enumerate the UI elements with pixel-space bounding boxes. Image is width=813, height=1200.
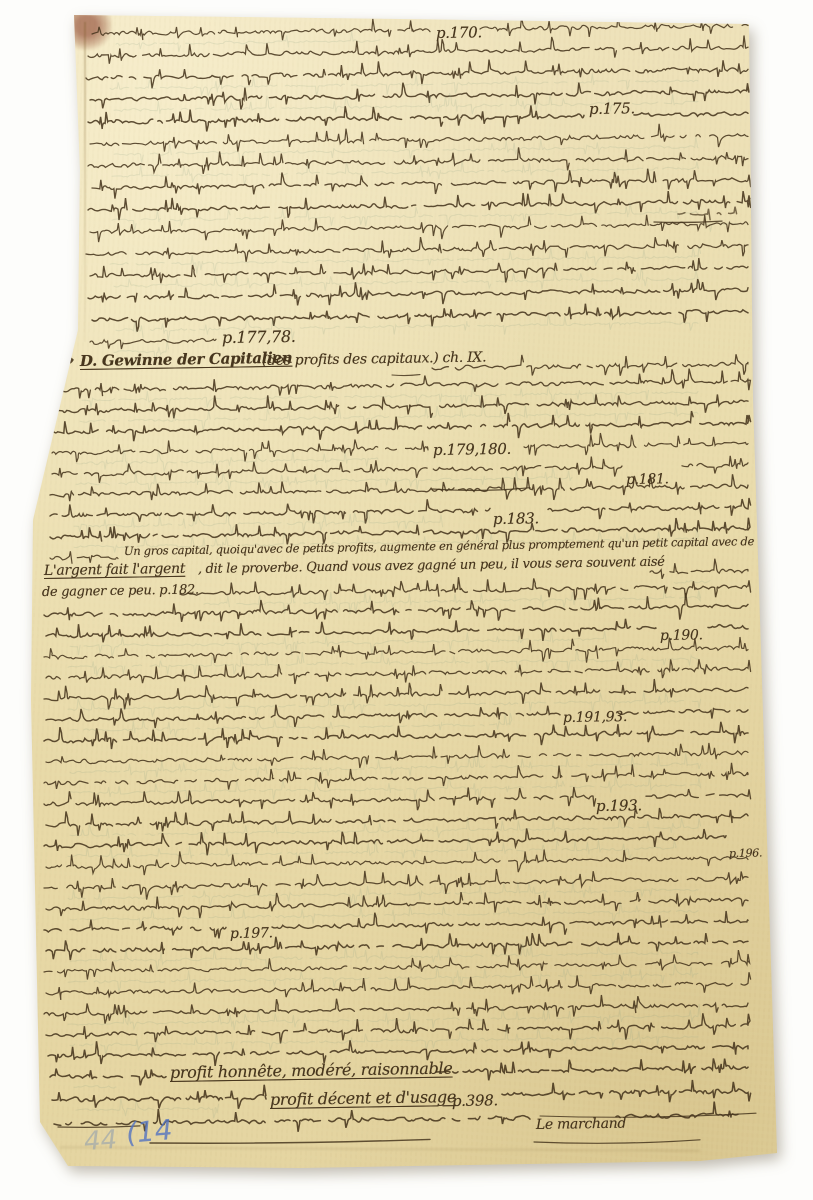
handwriting-fragment-quote-profit-decent: profit décent et d'usage xyxy=(270,1089,456,1108)
handwriting-fragment-quote-argent-end: de gagner ce peu. p.182. xyxy=(42,584,199,599)
handwriting-line xyxy=(110,246,701,274)
handwriting-line xyxy=(44,995,748,1024)
handwriting-line xyxy=(88,147,748,173)
handwriting-line xyxy=(68,691,701,716)
handwriting-line xyxy=(682,456,748,474)
handwriting-fragment-quote-argent-cont: , dit le proverbe. Quand vous avez gagné… xyxy=(198,556,665,576)
handwriting-fragment-quote-gros-capital: Un gros capital, quoiqu'avec de petits p… xyxy=(124,535,813,558)
handwriting-line xyxy=(70,817,701,839)
handwriting-line xyxy=(44,679,748,709)
handwriting-line xyxy=(74,510,443,536)
handwriting-line xyxy=(90,124,748,152)
handwriting-line xyxy=(68,964,698,992)
handwriting-line xyxy=(56,395,748,419)
handwriting-line xyxy=(112,160,698,185)
handwriting-line xyxy=(114,341,169,361)
handwriting-line xyxy=(634,112,748,116)
handwriting-line xyxy=(44,829,726,856)
handwriting-line xyxy=(46,892,748,918)
handwriting-line xyxy=(114,93,698,114)
handwriting-line xyxy=(52,457,622,483)
pencil-mark-pencil-blue: (14 xyxy=(125,1116,174,1148)
handwriting-line xyxy=(44,950,750,979)
handwriting-fragment-ref-p175: p.175. xyxy=(589,101,635,117)
handwriting-line xyxy=(204,590,701,614)
handwriting-line xyxy=(646,789,751,799)
handwriting-line xyxy=(46,659,751,684)
handwriting-line xyxy=(58,1126,140,1128)
handwriting-line xyxy=(52,1085,266,1109)
handwriting-line xyxy=(44,637,748,663)
handwriting-line xyxy=(708,625,748,629)
handwriting-line xyxy=(70,713,512,737)
handwriting-fragment-ref-p183: p.183. xyxy=(493,511,539,527)
handwriting-line xyxy=(392,375,420,376)
handwriting-line xyxy=(70,902,698,926)
handwriting-line xyxy=(180,577,751,600)
handwriting-line xyxy=(110,74,698,96)
handwriting-line xyxy=(74,1085,116,1088)
handwriting-line xyxy=(432,488,530,491)
handwriting-line xyxy=(654,221,722,222)
handwriting-line xyxy=(46,972,751,1000)
handwriting-fragment-ref-p170: p.170. xyxy=(436,25,482,41)
handwriting-line xyxy=(90,215,748,242)
handwriting-line xyxy=(54,411,751,441)
bottom-fold-line xyxy=(60,1146,700,1151)
handwriting-line xyxy=(70,1028,698,1055)
handwriting-line xyxy=(50,518,750,545)
handwriting-line xyxy=(80,405,698,430)
handwriting-line xyxy=(50,551,118,563)
handwriting-fragment-quote-le-marchand: Le marchand xyxy=(536,1117,626,1132)
handwriting-fragment-ref-p196: p.196. xyxy=(729,847,762,859)
handwriting-line xyxy=(114,268,698,291)
handwriting-line xyxy=(272,911,748,935)
handwriting-line xyxy=(540,1113,756,1117)
handwriting-line xyxy=(76,1098,219,1118)
manuscript-photo: p.170.p.175.p.177,78.D. Gewinne der Capi… xyxy=(0,0,813,1200)
handwriting-line xyxy=(82,385,698,409)
handwriting-fragment-quote-profit-honnete: profit honnête, modéré, raisonnable xyxy=(170,1061,453,1081)
handwriting-line xyxy=(52,440,428,463)
handwriting-fragment-heading-french: (des profits des capitaux.) ch. IX. xyxy=(262,350,487,368)
handwriting-fragment-ref-p398: p.398. xyxy=(452,1093,498,1109)
handwriting-line xyxy=(68,881,698,907)
pencil-mark-pencil-grey: 44 xyxy=(83,1127,118,1155)
handwriting-line xyxy=(44,920,226,939)
handwriting-line xyxy=(46,619,656,643)
handwriting-line xyxy=(50,499,490,523)
handwriting-line xyxy=(68,776,701,802)
handwriting-ink-layer xyxy=(0,0,813,1200)
handwriting-line xyxy=(68,1004,701,1030)
handwriting-line xyxy=(46,705,560,728)
handwriting-line xyxy=(678,207,737,220)
handwriting-line xyxy=(68,650,698,676)
handwriting-line xyxy=(74,528,698,553)
handwriting-fragment-ref-p179-180: p.179,180. xyxy=(433,442,511,458)
handwriting-line xyxy=(92,19,430,40)
handwriting-line xyxy=(436,1059,748,1081)
handwriting-line xyxy=(48,1040,748,1066)
handwriting-fragment-heading-german: D. Gewinne der Capitalien xyxy=(80,351,293,369)
paper-grain-texture xyxy=(0,0,813,1200)
handwriting-line xyxy=(86,237,748,262)
handwriting-line xyxy=(116,31,380,52)
handwriting-fragment-ref-p197: p.197. xyxy=(230,926,273,941)
handwriting-line xyxy=(88,36,748,64)
handwriting-fragment-ref-p190: p.190. xyxy=(660,628,703,643)
red-ink-blot xyxy=(66,10,112,50)
handwriting-line xyxy=(92,304,748,332)
handwriting-line xyxy=(674,581,710,584)
handwriting-line xyxy=(618,709,748,719)
paper-shadow-wrap: p.170.p.175.p.177,78.D. Gewinne der Capi… xyxy=(0,0,813,1200)
handwriting-line xyxy=(88,191,751,220)
handwriting-line xyxy=(616,1102,738,1118)
handwriting-line xyxy=(50,1069,166,1086)
handwriting-line xyxy=(44,593,748,622)
handwriting-fragment-ref-p191-93: p.191,93. xyxy=(563,710,627,725)
handwriting-line xyxy=(90,258,748,283)
handwriting-line xyxy=(114,137,698,164)
handwriting-line xyxy=(44,869,748,900)
handwriting-line xyxy=(76,450,378,473)
handwriting-line xyxy=(112,203,698,232)
handwriting-line xyxy=(46,808,748,836)
handwriting-line xyxy=(50,474,748,501)
handwriting-line xyxy=(150,1139,430,1143)
handwriting-fragment-ref-p181: p.181. xyxy=(626,472,669,487)
handwriting-line xyxy=(548,498,751,519)
manuscript-paper-sheet: p.170.p.175.p.177,78.D. Gewinne der Capi… xyxy=(0,0,813,1200)
handwriting-line xyxy=(86,60,748,89)
handwriting-line xyxy=(92,169,751,199)
handwriting-fragment-quote-argent: L'argent fait l'argent xyxy=(44,562,185,578)
handwriting-fragment-ref-p193: p.193. xyxy=(596,798,642,814)
handwriting-line xyxy=(44,722,748,749)
handwriting-line xyxy=(54,1109,530,1132)
handwriting-line xyxy=(90,339,216,349)
handwriting-line xyxy=(480,17,748,37)
handwriting-line xyxy=(76,468,572,492)
handwriting-line xyxy=(46,933,748,960)
handwriting-line xyxy=(70,753,701,782)
handwriting-line xyxy=(432,354,748,375)
handwriting-line xyxy=(88,106,584,132)
handwriting-line xyxy=(64,358,72,363)
handwriting-line xyxy=(702,223,738,232)
handwriting-line xyxy=(44,763,748,790)
handwriting-line xyxy=(44,787,596,810)
handwriting-line xyxy=(58,369,750,399)
handwriting-line xyxy=(46,1013,750,1043)
handwriting-line xyxy=(502,1080,751,1102)
handwriting-line xyxy=(46,850,748,876)
handwriting-line xyxy=(650,559,748,579)
handwriting-line xyxy=(46,743,748,768)
handwriting-line xyxy=(88,279,748,305)
handwriting-fragment-ref-p177-78: p.177,78. xyxy=(222,329,296,346)
left-edge-crease xyxy=(84,22,86,342)
handwriting-line xyxy=(534,1140,700,1144)
handwriting-line xyxy=(90,83,749,110)
handwriting-line xyxy=(68,838,676,862)
handwriting-line xyxy=(70,630,606,657)
handwriting-line xyxy=(70,943,698,970)
handwriting-line xyxy=(524,433,748,456)
handwriting-line xyxy=(116,314,698,341)
